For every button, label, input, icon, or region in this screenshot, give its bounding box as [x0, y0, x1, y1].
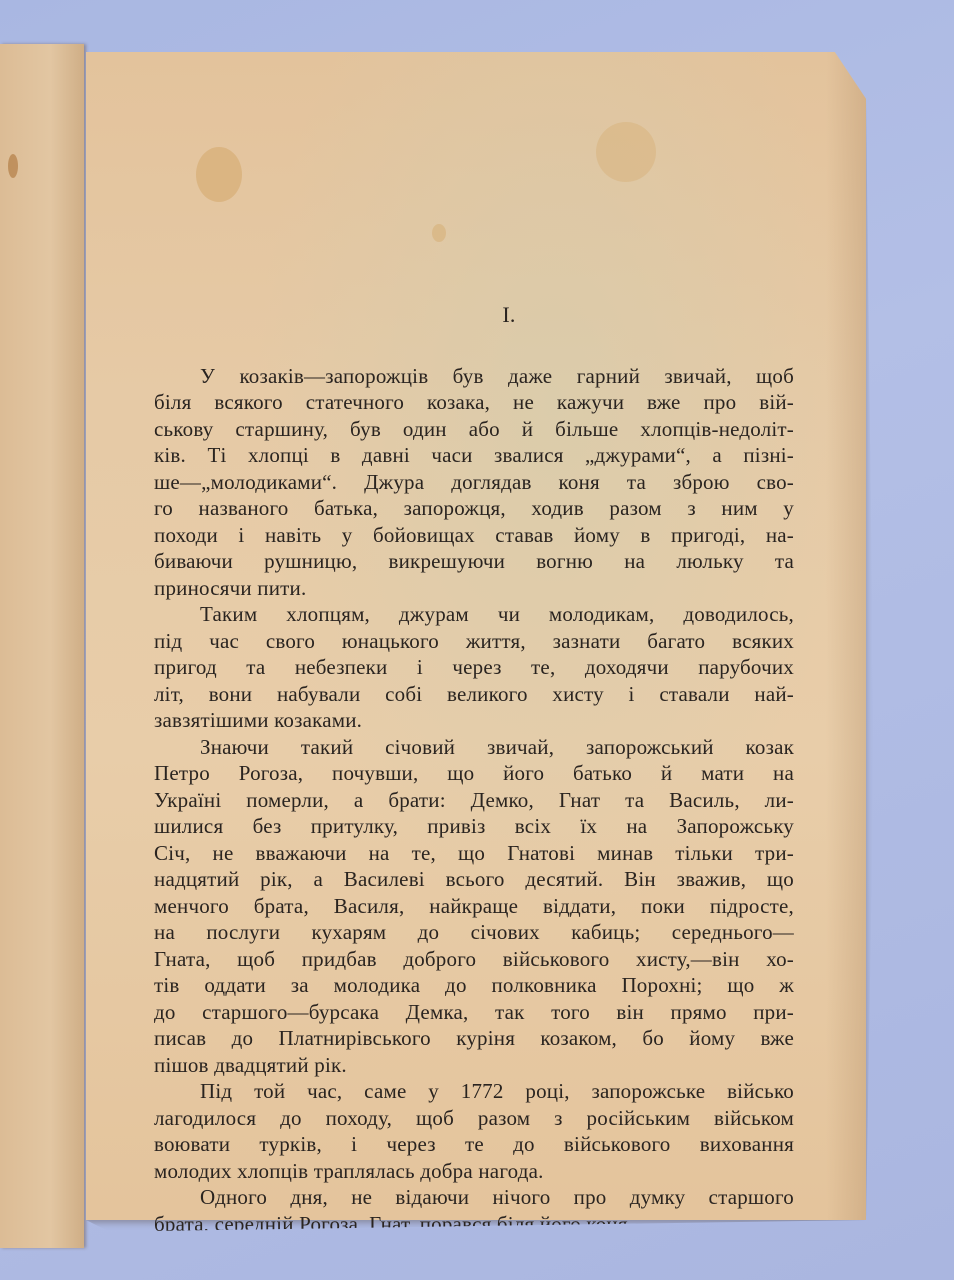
- paragraph: Знаючи такий січовий звичай, запорожськи…: [154, 734, 794, 1079]
- previous-page-edge: [0, 44, 84, 1248]
- text-line: Таким хлопцям, джурам чи молодикам, дово…: [154, 601, 794, 628]
- text-line: брата, середній Рогоза, Гнат, порався бі…: [154, 1211, 794, 1238]
- text-line: го названого батька, запорожця, ходив ра…: [154, 495, 794, 522]
- paragraph: У козаків—запорожців був даже гарний зви…: [154, 363, 794, 602]
- text-line: завзятішими козаками.: [154, 707, 794, 734]
- paragraph: Таким хлопцям, джурам чи молодикам, дово…: [154, 601, 794, 734]
- text-line: Знаючи такий січовий звичай, запорожськи…: [154, 734, 794, 761]
- text-line: приносячи пити.: [154, 575, 794, 602]
- text-line: Під той час, саме у 1772 році, запорожсь…: [154, 1078, 794, 1105]
- text-line: лагодилося до походу, щоб разом з російс…: [154, 1105, 794, 1132]
- text-line: Гната, щоб придбав доброго військового х…: [154, 946, 794, 973]
- text-line: шилися без притулку, привіз всіх їх на З…: [154, 813, 794, 840]
- book-page: I. У козаків—запорожців був даже гарний …: [86, 52, 866, 1220]
- text-line: воювати турків, і через те до військовог…: [154, 1131, 794, 1158]
- paper-stain: [596, 122, 656, 182]
- text-line: літ, вони набували собі великого хисту і…: [154, 681, 794, 708]
- text-line: писав до Платнирівського куріня козаком,…: [154, 1025, 794, 1052]
- text-line: Січ, не вважаючи на те, що Гнатові минав…: [154, 840, 794, 867]
- text-line: молодих хлопців траплялась добра нагода.: [154, 1158, 794, 1185]
- paragraph-container: У козаків—запорожців був даже гарний зви…: [154, 363, 794, 1238]
- text-line: на послуги кухарям до січових кабиць; се…: [154, 919, 794, 946]
- text-line: надцятий рік, а Василеві всього десятий.…: [154, 866, 794, 893]
- text-line: пригод та небезпеки і через те, доходячи…: [154, 654, 794, 681]
- text-line: Україні померли, а брати: Демко, Гнат та…: [154, 787, 794, 814]
- text-line: до старшого—бурсака Демка, так того він …: [154, 999, 794, 1026]
- text-line: ше—„молодиками“. Джура доглядав коня та …: [154, 469, 794, 496]
- chapter-heading: I.: [224, 302, 794, 329]
- text-line: під час свого юнацького життя, зазнати б…: [154, 628, 794, 655]
- paper-stain: [432, 224, 446, 242]
- paragraph: Одного дня, не відаючи нічого про думку …: [154, 1184, 794, 1237]
- text-line: ків. Ті хлопці в давні часи звалися „джу…: [154, 442, 794, 469]
- paragraph: Під той час, саме у 1772 році, запорожсь…: [154, 1078, 794, 1184]
- text-line: Одного дня, не відаючи нічого про думку …: [154, 1184, 794, 1211]
- paper-stain: [8, 154, 18, 178]
- text-line: У козаків—запорожців був даже гарний зви…: [154, 363, 794, 390]
- page-text: I. У козаків—запорожців був даже гарний …: [154, 302, 794, 1237]
- text-line: ськову старшину, був один або й більше х…: [154, 416, 794, 443]
- paper-stain: [196, 147, 242, 202]
- text-line: Петро Рогоза, почувши, що його батько й …: [154, 760, 794, 787]
- text-line: походи і навіть у бойовищах ставав йому …: [154, 522, 794, 549]
- text-line: тів оддати за молодика до полковника Пор…: [154, 972, 794, 999]
- text-line: пішов двадцятий рік.: [154, 1052, 794, 1079]
- text-line: менчого брата, Василя, найкраще віддати,…: [154, 893, 794, 920]
- text-line: біля всякого статечного козака, не кажуч…: [154, 389, 794, 416]
- text-line: биваючи рушницю, викрешуючи вогню на люл…: [154, 548, 794, 575]
